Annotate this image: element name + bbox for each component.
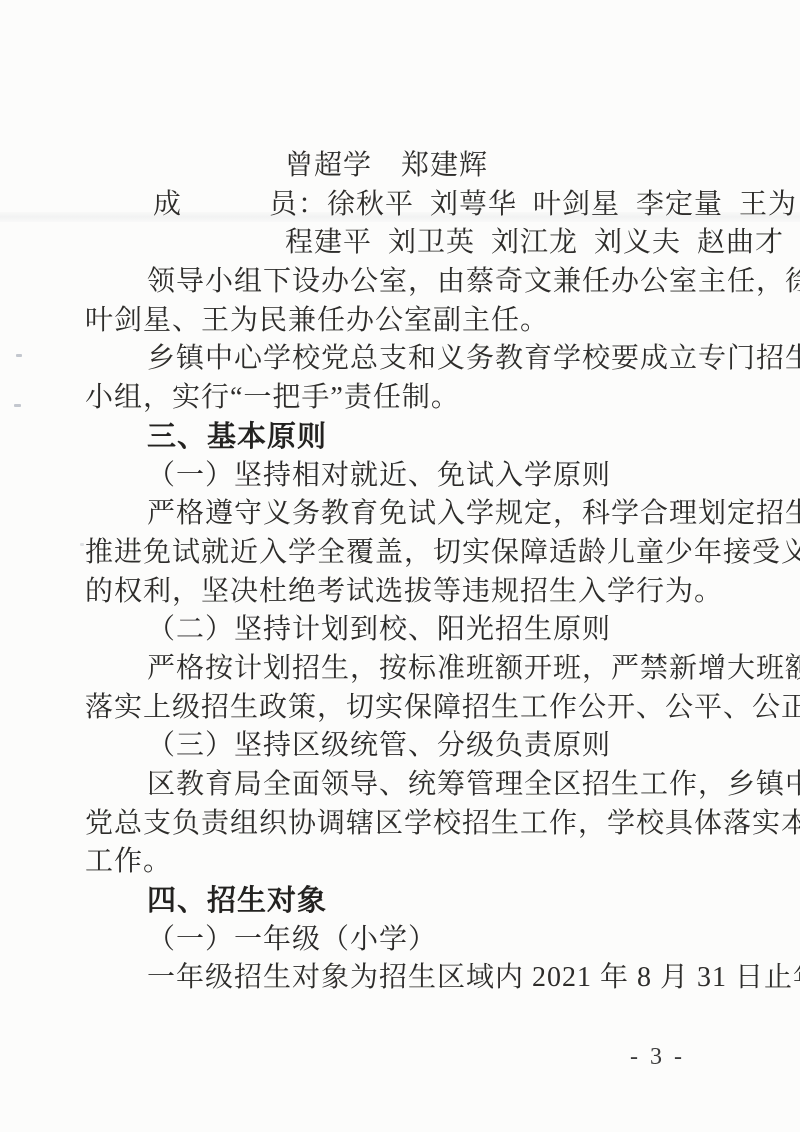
paragraph-principle1-line-3: 的权利，坚决杜绝考试选拔等违规招生入学行为。 [85,573,720,612]
paragraph-office-line-1: 领导小组下设办公室，由蔡奇文兼任办公室主任，徐秋平、 [85,263,720,302]
subsection-heading-1: （一）坚持相对就近、免试入学原则 [85,457,720,496]
paragraph-principle3-line-3: 工作。 [85,843,720,882]
subsection-heading-grade1: （一）一年级（小学） [85,921,720,960]
section-heading-targets: 四、招生对象 [85,882,720,921]
paragraph-principle1-line-1: 严格遵守义务教育免试入学规定，科学合理划定招生区域， [85,495,720,534]
paragraph-township-line-1: 乡镇中心学校党总支和义务教育学校要成立专门招生工作 [85,340,720,379]
committee-leaders-cont-line: 曾超学 郑建辉 [85,147,720,186]
paragraph-principle2-line-2: 落实上级招生政策，切实保障招生工作公开、公平、公正。 [85,689,720,728]
subsection-heading-2: （二）坚持计划到校、阳光招生原则 [85,611,720,650]
paragraph-principle2-line-1: 严格按计划招生，按标准班额开班，严禁新增大班额。严格 [85,650,720,689]
scan-speck [16,354,22,357]
paragraph-principle3-line-1: 区教育局全面领导、统筹管理全区招生工作，乡镇中心学校 [85,766,720,805]
page-number: - 3 - [630,1044,685,1071]
paragraph-township-line-2: 小组，实行“一把手”责任制。 [85,379,720,418]
paragraph-office-line-2: 叶剑星、王为民兼任办公室副主任。 [85,302,720,341]
document-page: 曾超学 郑建辉 成 员：徐秋平 刘萼华 叶剑星 李定量 王为民 程建平 刘卫英 … [0,0,800,1132]
committee-members-line: 成 员：徐秋平 刘萼华 叶剑星 李定量 王为民 [85,186,720,225]
section-heading-principles: 三、基本原则 [85,418,720,457]
paragraph-grade1-line-1: 一年级招生对象为招生区域内 2021 年 8 月 31 日止年满 6 周 [85,959,720,998]
document-body: 曾超学 郑建辉 成 员：徐秋平 刘萼华 叶剑星 李定量 王为民 程建平 刘卫英 … [85,147,720,998]
scan-speck [14,404,21,407]
paragraph-principle3-line-2: 党总支负责组织协调辖区学校招生工作，学校具体落实本校招生 [85,805,720,844]
paragraph-principle1-line-2: 推进免试就近入学全覆盖，切实保障适龄儿童少年接受义务教育 [85,534,720,573]
scan-speck [80,543,84,546]
subsection-heading-3: （三）坚持区级统管、分级负责原则 [85,727,720,766]
committee-members-cont-line: 程建平 刘卫英 刘江龙 刘义夫 赵曲才 [85,224,720,263]
